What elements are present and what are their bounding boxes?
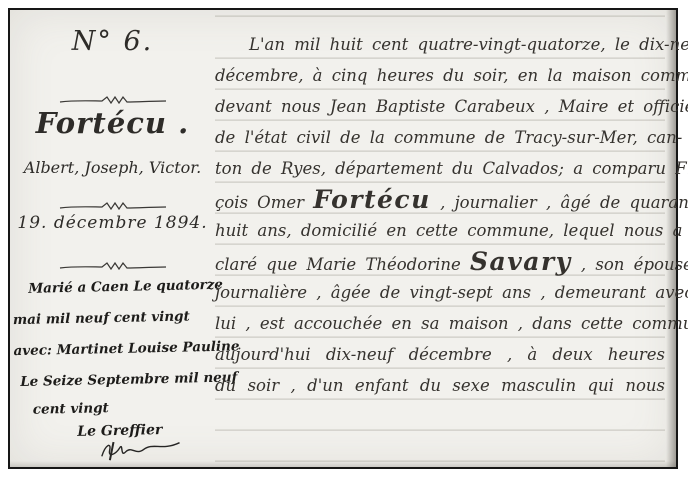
- marriage-margin-note: Marié a Caen Le quatorze mai mil neuf ce…: [12, 270, 221, 470]
- father-surname: Fortécu: [313, 185, 431, 214]
- record-line: huit ans, domicilié en cette commune, le…: [215, 215, 665, 246]
- record-line-mother-name: claré que Marie Théodorine Savary , son …: [215, 246, 665, 277]
- scan-gutter-shadow: [666, 10, 676, 467]
- act-number: N° 6.: [10, 26, 215, 57]
- record-line: aujourd'hui dix-neuf décembre , à deux h…: [215, 339, 665, 370]
- record-line: décembre, à cinq heures du soir, en la m…: [215, 60, 665, 91]
- scan-bottom-shadow: [10, 461, 676, 467]
- record-line: ton de Ryes, département du Calvados; a …: [215, 153, 665, 184]
- record-line-pre: çois Omer: [215, 193, 313, 212]
- note-line: mai mil neuf cent vingt: [13, 301, 219, 336]
- record-line: journalière , âgée de vingt-sept ans , d…: [215, 277, 665, 308]
- record-line: devant nous Jean Baptiste Carabeux , Mai…: [215, 91, 665, 122]
- note-line: Le Seize Septembre mil neuf: [14, 363, 220, 398]
- child-given-names: Albert, Joseph, Victor.: [10, 158, 215, 177]
- note-line: avec: Martinet Louise Pauline: [13, 332, 219, 367]
- record-line: de l'état civil de la commune de Tracy-s…: [215, 122, 665, 153]
- scanned-register-image: N° 6. Fortécu . Albert, Joseph, Victor. …: [0, 0, 688, 479]
- child-surname: Fortécu .: [10, 106, 215, 140]
- note-line: Marié a Caen Le quatorze: [12, 270, 218, 305]
- record-line: L'an mil huit cent quatre-vingt-quatorze…: [215, 29, 665, 60]
- register-page: N° 6. Fortécu . Albert, Joseph, Victor. …: [8, 8, 678, 469]
- record-line-post: , journalier , âgé de quarante-: [431, 193, 688, 212]
- record-line: du soir , d'un enfant du sexe masculin q…: [215, 370, 665, 401]
- record-date: 19. décembre 1894.: [10, 213, 215, 233]
- mother-surname: Savary: [470, 247, 572, 276]
- record-line-father-name: çois Omer Fortécu , journalier , âgé de …: [215, 184, 665, 215]
- margin-column: N° 6. Fortécu . Albert, Joseph, Victor. …: [10, 10, 215, 467]
- act-body-text: L'an mil huit cent quatre-vingt-quatorze…: [215, 10, 665, 479]
- record-line: lui , est accouchée en sa maison , dans …: [215, 308, 665, 339]
- record-line-pre: claré que Marie Théodorine: [215, 255, 470, 274]
